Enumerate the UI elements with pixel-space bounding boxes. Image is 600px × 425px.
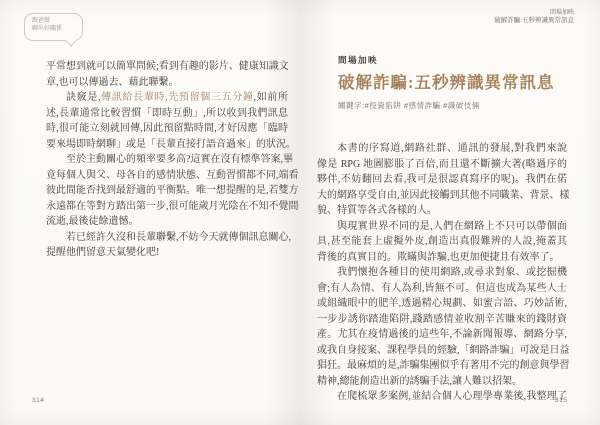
body-text-segment: 或我自身接案、課程學員的經驗,「網路詐騙」可說是日益 xyxy=(317,345,570,356)
body-text-segment: 會;有人為情、有人為利,皆無不可。但這也成為某些人士 xyxy=(317,283,567,294)
text-line: 章,也可以傳過去、藉此聯繫。 xyxy=(46,73,288,89)
body-text-segment: 與現實世界不同的是,人們在網路上不只可以帶個面 xyxy=(337,221,567,232)
highlighted-text: 傳訊給長輩時,先預留個三五分鐘 xyxy=(100,92,253,103)
text-line: 或組織眼中的肥羊,透過精心規劃、如蜜言語、巧妙話術, xyxy=(317,294,567,310)
chapter-bubble-line2: 聊出好關係 xyxy=(32,26,82,34)
body-text-segment: 夥伴,不妨翻回去看,我可是很認真寫序的呢)。我們在偌 xyxy=(317,174,567,185)
body-text-segment: 竟每個人與父、母各自的感情狀態、互動習慣都不同,端看 xyxy=(46,170,299,181)
body-text-segment: 要來場即時網聊」或是「長輩直接打語音過來」的狀況。 xyxy=(46,139,296,150)
text-line: 夥伴,不妨翻回去看,我可是很認真寫序的呢)。我們在偌 xyxy=(317,170,567,186)
body-text-segment: 章,也可以傳過去、藉此聯繫。 xyxy=(46,77,179,88)
body-text-segment: 精神,總能創造出新的誘騙手法,讓人難以招架。 xyxy=(317,376,522,387)
body-text-segment: 背後的真實目的。欺瞞與詐騙,也更加便捷且有效率了。 xyxy=(317,252,560,263)
text-line: 要來場即時網聊」或是「長輩直接打語音過來」的狀況。 xyxy=(46,135,288,151)
body-text-segment: 本書的序寫道,網路社群、通訊的發展,對我們來說 xyxy=(337,143,567,154)
text-line: 會;有人為情、有人為利,皆無不可。但這也成為某些人士 xyxy=(317,279,567,295)
right-page-number: 315 xyxy=(555,397,567,404)
body-text-segment: 像是 RPG 地圖膨脹了百倍,而且還不斷擴大著(略過序的 xyxy=(317,159,567,170)
running-header-chapter: 破解詐騙:五秒辨識異常訊息 xyxy=(494,17,574,25)
text-line: 述,長輩通常比較習慣「即時互動」,所以收到我們訊息 xyxy=(46,104,288,120)
section-keywords: 關鍵字:#投資陷阱 #感情詐騙 #識破伎倆 xyxy=(338,100,555,111)
running-header: 間場加映 破解詐騙:五秒辨識異常訊息 xyxy=(494,9,574,25)
body-text-segment: 一步步誘你踏進陷阱,踐踏感情並收割辛苦賺來的錢財資 xyxy=(317,314,567,325)
body-text-segment: 永遠都在等對方踏出第一步,很可能歲月光陰在不知不覺間 xyxy=(46,201,299,212)
body-text-segment: 在爬梳眾多案例,並結合個人心理學專業後,我整理了 xyxy=(337,391,567,402)
book-spread: 跟爸媽 聊出好關係 平常想到就可以簡單問候;看到有趣的影片、健康知識文章,也可以… xyxy=(0,0,600,425)
text-line: 大的網路享受自由,並因此接觸到其他不同職業、背景、樣 xyxy=(317,186,567,202)
text-line: 竟每個人與父、母各自的感情狀態、互動習慣都不同,端看 xyxy=(46,166,288,182)
text-line: 產。尤其在疫情過後的這些年,不論新聞報導、網路分享, xyxy=(317,325,567,341)
text-line: 貌、特質等各式各樣的人。 xyxy=(317,201,567,217)
text-line: 精神,總能創造出新的誘騙手法,讓人難以招架。 xyxy=(317,372,567,388)
text-line: 永遠都在等對方踏出第一步,很可能歲月光陰在不知不覺間 xyxy=(46,197,288,213)
left-page-number: 314 xyxy=(32,397,44,404)
body-text-segment: 流逝,最後徒餘遺憾。 xyxy=(46,216,139,227)
text-line: 彼此間能否找到最舒適的平衡點。唯一想提醒的是,若雙方 xyxy=(46,181,288,197)
body-text-segment: 提醒他們留意天氣變化吧! xyxy=(46,247,159,258)
section-title: 破解詐騙:五秒辨識異常訊息 xyxy=(338,69,555,93)
body-text-segment: 猖狂。最麻煩的是,詐騙集團似乎有著用不完的創意與學習 xyxy=(317,360,570,371)
running-header-section: 間場加映 xyxy=(494,9,574,17)
section-header: 間場加映 破解詐騙:五秒辨識異常訊息 關鍵字:#投資陷阱 #感情詐騙 #識破伎倆 xyxy=(338,54,555,111)
left-page-body-text: 平常想到就可以簡單問候;看到有趣的影片、健康知識文章,也可以傳過去、藉此聯繫。訣… xyxy=(46,57,288,259)
text-line: 具,甚至能套上虛擬外皮,創造出真假難辨的人設,掩蓋其 xyxy=(317,232,567,248)
section-kicker: 間場加映 xyxy=(338,54,555,66)
body-text-segment: 時,很可能立刻就回傳,因此預留點時間,才好因應「臨時 xyxy=(46,123,288,134)
chapter-bubble-line1: 跟爸媽 xyxy=(32,18,82,26)
text-line: 若已經許久沒和長輩聯繫,不妨今天就傳個訊息關心, xyxy=(46,228,288,244)
body-text-segment: 彼此間能否找到最舒適的平衡點。唯一想提醒的是,若雙方 xyxy=(46,185,299,196)
body-text-segment: 至於主動關心的頻率要多高?這實在沒有標準答案,畢 xyxy=(66,154,293,165)
body-text-segment: 貌、特質等各式各樣的人。 xyxy=(317,205,437,216)
text-line: 在爬梳眾多案例,並結合個人心理學專業後,我整理了 xyxy=(317,387,567,403)
chapter-speech-bubble: 跟爸媽 聊出好關係 xyxy=(24,13,83,41)
body-text-segment: 若已經許久沒和長輩聯繫,不妨今天就傳個訊息關心, xyxy=(66,232,291,243)
text-line: 像是 RPG 地圖膨脹了百倍,而且還不斷擴大著(略過序的 xyxy=(317,155,567,171)
text-line: 本書的序寫道,網路社群、通訊的發展,對我們來說 xyxy=(317,139,567,155)
body-text-segment: 訣竅是, xyxy=(66,92,100,103)
right-page-body-text: 本書的序寫道,網路社群、通訊的發展,對我們來說像是 RPG 地圖膨脹了百倍,而且… xyxy=(317,139,567,403)
text-line: 我們懷抱各種目的使用網路,或尋求對象、或挖掘機 xyxy=(317,263,567,279)
body-text-segment: 具,甚至能套上虛擬外皮,創造出真假難辨的人設,掩蓋其 xyxy=(317,236,567,247)
text-line: 猖狂。最麻煩的是,詐騙集團似乎有著用不完的創意與學習 xyxy=(317,356,567,372)
text-line: 或我自身接案、課程學員的經驗,「網路詐騙」可說是日益 xyxy=(317,341,567,357)
text-line: 背後的真實目的。欺瞞與詐騙,也更加便捷且有效率了。 xyxy=(317,248,567,264)
body-text-segment: 或組織眼中的肥羊,透過精心規劃、如蜜言語、巧妙話術, xyxy=(317,298,567,309)
text-line: 提醒他們留意天氣變化吧! xyxy=(46,243,288,259)
text-line: 平常想到就可以簡單問候;看到有趣的影片、健康知識文 xyxy=(46,57,288,73)
body-text-segment: 述,長輩通常比較習慣「即時互動」,所以收到我們訊息 xyxy=(46,108,288,119)
body-text-segment: 我們懷抱各種目的使用網路,或尋求對象、或挖掘機 xyxy=(337,267,567,278)
body-text-segment: 平常想到就可以簡單問候;看到有趣的影片、健康知識文 xyxy=(46,61,289,72)
text-line: 與現實世界不同的是,人們在網路上不只可以帶個面 xyxy=(317,217,567,233)
body-text-segment: ,如前所 xyxy=(254,92,288,103)
body-text-segment: 大的網路享受自由,並因此接觸到其他不同職業、背景、樣 xyxy=(317,190,570,201)
text-line: 一步步誘你踏進陷阱,踐踏感情並收割辛苦賺來的錢財資 xyxy=(317,310,567,326)
text-line: 流逝,最後徒餘遺憾。 xyxy=(46,212,288,228)
text-line: 至於主動關心的頻率要多高?這實在沒有標準答案,畢 xyxy=(46,150,288,166)
text-line: 時,很可能立刻就回傳,因此預留點時間,才好因應「臨時 xyxy=(46,119,288,135)
text-line: 訣竅是,傳訊給長輩時,先預留個三五分鐘,如前所 xyxy=(46,88,288,104)
body-text-segment: 產。尤其在疫情過後的這些年,不論新聞報導、網路分享, xyxy=(317,329,567,340)
